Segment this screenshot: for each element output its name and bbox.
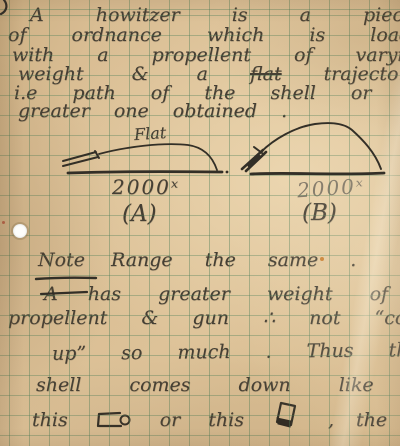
trajectory-a-path: [99, 144, 217, 170]
baseline-a: [68, 172, 222, 173]
note-underline: [36, 278, 96, 279]
corner-stray-mark: [1, 0, 6, 14]
baseline-b: [251, 173, 384, 174]
pencil-sketch-layer: [0, 0, 400, 446]
baseline-a-end-dot: [226, 171, 229, 174]
notebook-page: A howitzer is a piece of ordnance which …: [0, 0, 400, 446]
punch-hole: [13, 224, 27, 238]
trajectory-b-path: [261, 123, 381, 169]
a-underline: [41, 292, 87, 294]
gun-a-sketch: [63, 151, 99, 166]
